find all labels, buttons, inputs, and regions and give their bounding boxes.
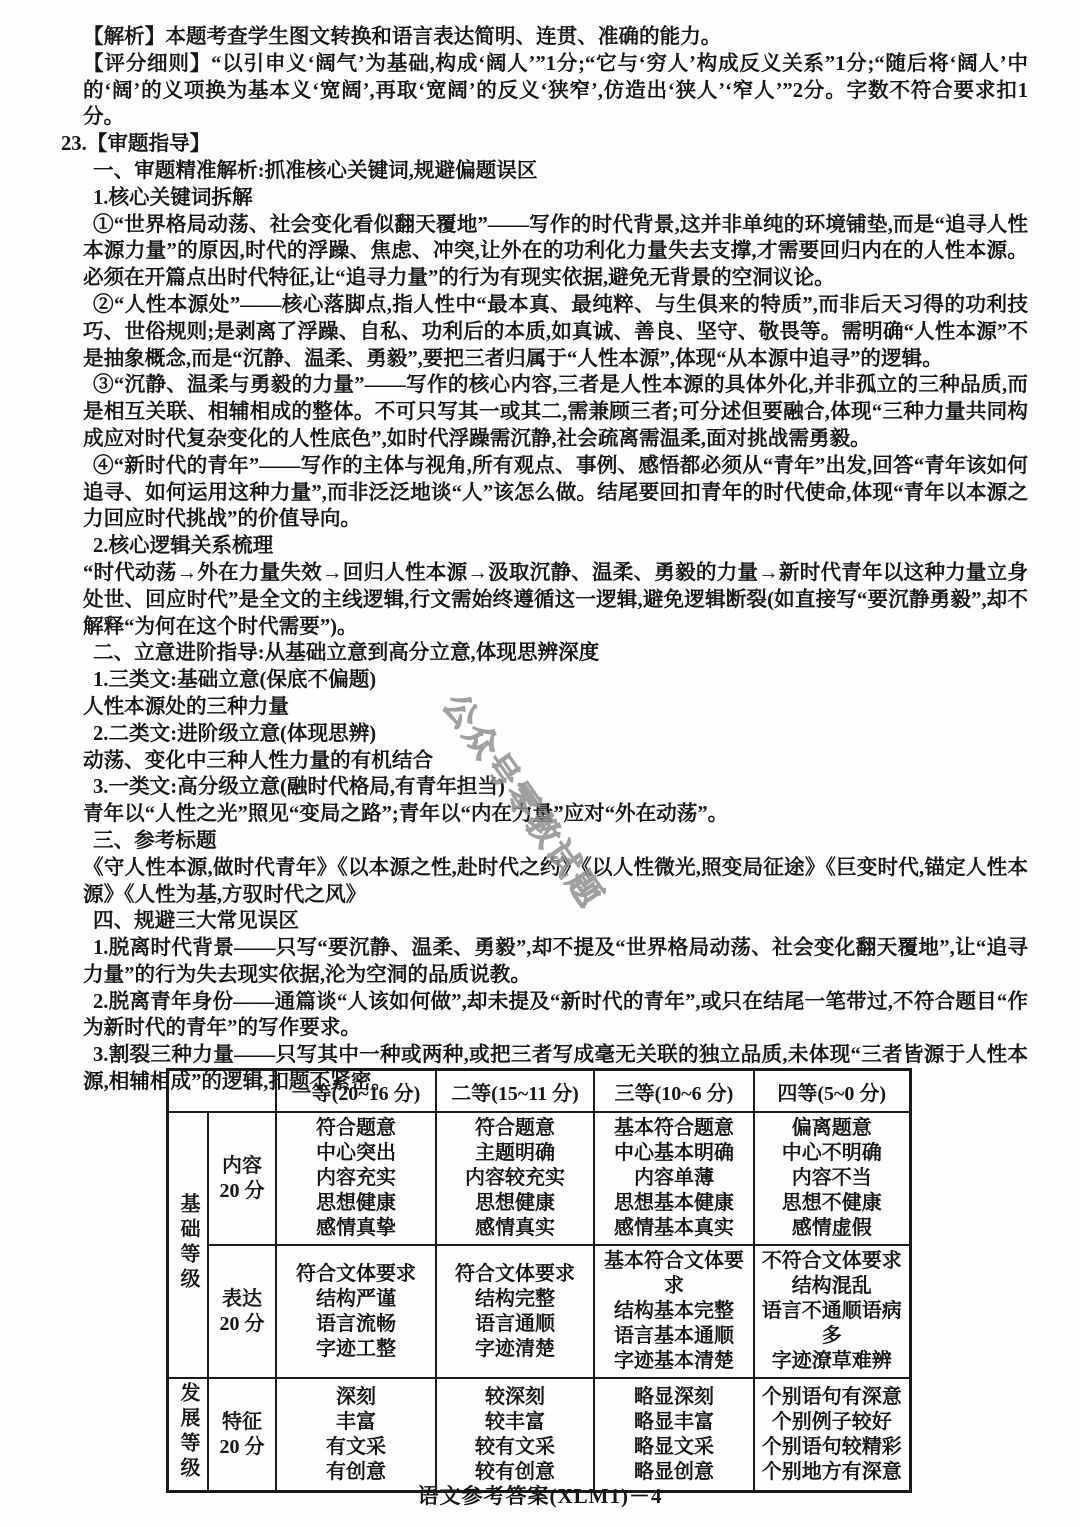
pitfall-1: 1.脱离时代背景——只写“要沉静、温柔、勇毅”,却不提及“世界格局动荡、社会变化… [83,935,1028,989]
expression-20-label: 表达 20 分 [208,1245,276,1378]
scoring-detail-paragraph: 【评分细则】“以引申义‘阔气’为基础,构成‘阔人’”1分;“它与‘穷人’构成反义… [83,51,1028,131]
pitfall-2: 2.脱离青年身份——通篇谈“人该如何做”,却未提及“新时代的青年”,或只在结尾一… [83,989,1028,1043]
tier-2-example: 动荡、变化中三种人性力量的有机结合 [83,748,1028,775]
rubric-header-grade2: 二等(15~11 分) [436,1070,594,1113]
tier-1-example: 青年以“人性之光”照见“变局之路”;青年以“内在力量”应对“外在动荡”。 [83,801,1028,828]
expression-grade3-cell: 基本符合文体要求 结构基本完整 语言基本通顺 字迹基本清楚 [594,1245,754,1378]
rubric-header-grade4: 四等(5~0 分) [754,1070,910,1113]
rubric-content-row: 基础等级 内容 20 分 符合题意 中心突出 内容充实 思想健康 感情真挚 符合… [168,1112,911,1245]
reference-titles: 《守人性本源,做时代青年》《以本源之性,赴时代之约》《以人性微光,照变局征途》《… [83,855,1028,909]
feature-grade1-cell: 深刻 丰富 有文采 有创意 [276,1378,436,1492]
content-grade4-cell: 偏离题意 中心不明确 内容不当 思想不健康 感情虚假 [754,1112,910,1245]
feature-grade4-cell: 个别语句有深意 个别例子较好 个别语句较精彩 个别地方有深意 [754,1378,910,1492]
answer-key-text: 【解析】本题考查学生图文转换和语言表达简明、连贯、准确的能力。 【评分细则】“以… [83,24,1028,1096]
rubric-header-row: 一等(20~16 分) 二等(15~11 分) 三等(10~6 分) 四等(5~… [168,1070,911,1113]
tier-2-heading: 2.二类文:进阶级立意(体现思辨) [83,721,1028,748]
section-3-heading: 三、参考标题 [83,828,1028,855]
expression-grade4-cell: 不符合文体要求 结构混乱 语言不通顺语病多 字迹潦草难辨 [754,1245,910,1378]
content-grade2-cell: 符合题意 主题明确 内容较充实 思想健康 感情真实 [436,1112,594,1245]
keyword-point-1: ①“世界格局动荡、社会变化看似翻天覆地”——写作的时代背景,这并非单纯的环境铺垫… [83,212,1028,292]
keyword-point-2: ②“人性本源处”——核心落脚点,指人性中“最本真、最纯粹、与生俱来的特质”,而非… [83,292,1028,372]
rubric-feature-row: 发展等级 特征 20 分 深刻 丰富 有文采 有创意 较深刻 较丰富 较有文采 … [168,1378,911,1492]
rubric-corner-cell [168,1070,277,1113]
tier-3-example: 人性本源处的三种力量 [83,694,1028,721]
grading-rubric-table: 一等(20~16 分) 二等(15~11 分) 三等(10~6 分) 四等(5~… [166,1068,912,1493]
section-1-heading: 一、审题精准解析:抓准核心关键词,规避偏题误区 [83,158,1028,185]
logic-chain-paragraph: “时代动荡→外在力量失效→回归人性本源→汲取沉静、温柔、勇毅的力量→新时代青年以… [83,560,1028,640]
feature-grade3-cell: 略显深刻 略显丰富 略显文采 略显创意 [594,1378,754,1492]
basic-grade-group-label: 基础等级 [168,1112,209,1378]
rubric-expression-row: 表达 20 分 符合文体要求 结构严谨 语言流畅 字迹工整 符合文体要求 结构完… [168,1245,911,1378]
expression-grade2-cell: 符合文体要求 结构完整 语言通顺 字迹清楚 [436,1245,594,1378]
rubric-header-grade1: 一等(20~16 分) [276,1070,436,1113]
content-grade1-cell: 符合题意 中心突出 内容充实 思想健康 感情真挚 [276,1112,436,1245]
expression-grade1-cell: 符合文体要求 结构严谨 语言流畅 字迹工整 [276,1245,436,1378]
section-4-heading: 四、规避三大常见误区 [83,908,1028,935]
answer-key-page: 【解析】本题考查学生图文转换和语言表达简明、连贯、准确的能力。 【评分细则】“以… [0,0,1080,1527]
tier-1-heading: 3.一类文:高分级立意(融时代格局,有青年担当) [83,774,1028,801]
analysis-paragraph: 【解析】本题考查学生图文转换和语言表达简明、连贯、准确的能力。 [83,24,1028,51]
logic-heading: 2.核心逻辑关系梳理 [83,533,1028,560]
keyword-analysis-heading: 1.核心关键词拆解 [83,185,1028,212]
keyword-point-4: ④“新时代的青年”——写作的主体与视角,所有观点、事例、感悟都必须从“青年”出发… [83,453,1028,533]
tier-3-heading: 1.三类文:基础立意(保底不偏题) [83,667,1028,694]
page-footer: 语文参考答案(XLM1)－4 [0,1480,1080,1510]
question-23-heading: 23.【审题指导】 [83,131,1028,158]
feature-grade2-cell: 较深刻 较丰富 较有文采 较有创意 [436,1378,594,1492]
section-2-heading: 二、立意进阶指导:从基础立意到高分立意,体现思辨深度 [83,640,1028,667]
content-20-label: 内容 20 分 [208,1112,276,1245]
feature-20-label: 特征 20 分 [208,1378,276,1492]
keyword-point-3: ③“沉静、温柔与勇毅的力量”——写作的核心内容,三者是人性本源的具体外化,并非孤… [83,372,1028,452]
rubric-header-grade3: 三等(10~6 分) [594,1070,754,1113]
content-grade3-cell: 基本符合题意 中心基本明确 内容单薄 思想基本健康 感情基本真实 [594,1112,754,1245]
development-grade-group-label: 发展等级 [168,1378,209,1492]
